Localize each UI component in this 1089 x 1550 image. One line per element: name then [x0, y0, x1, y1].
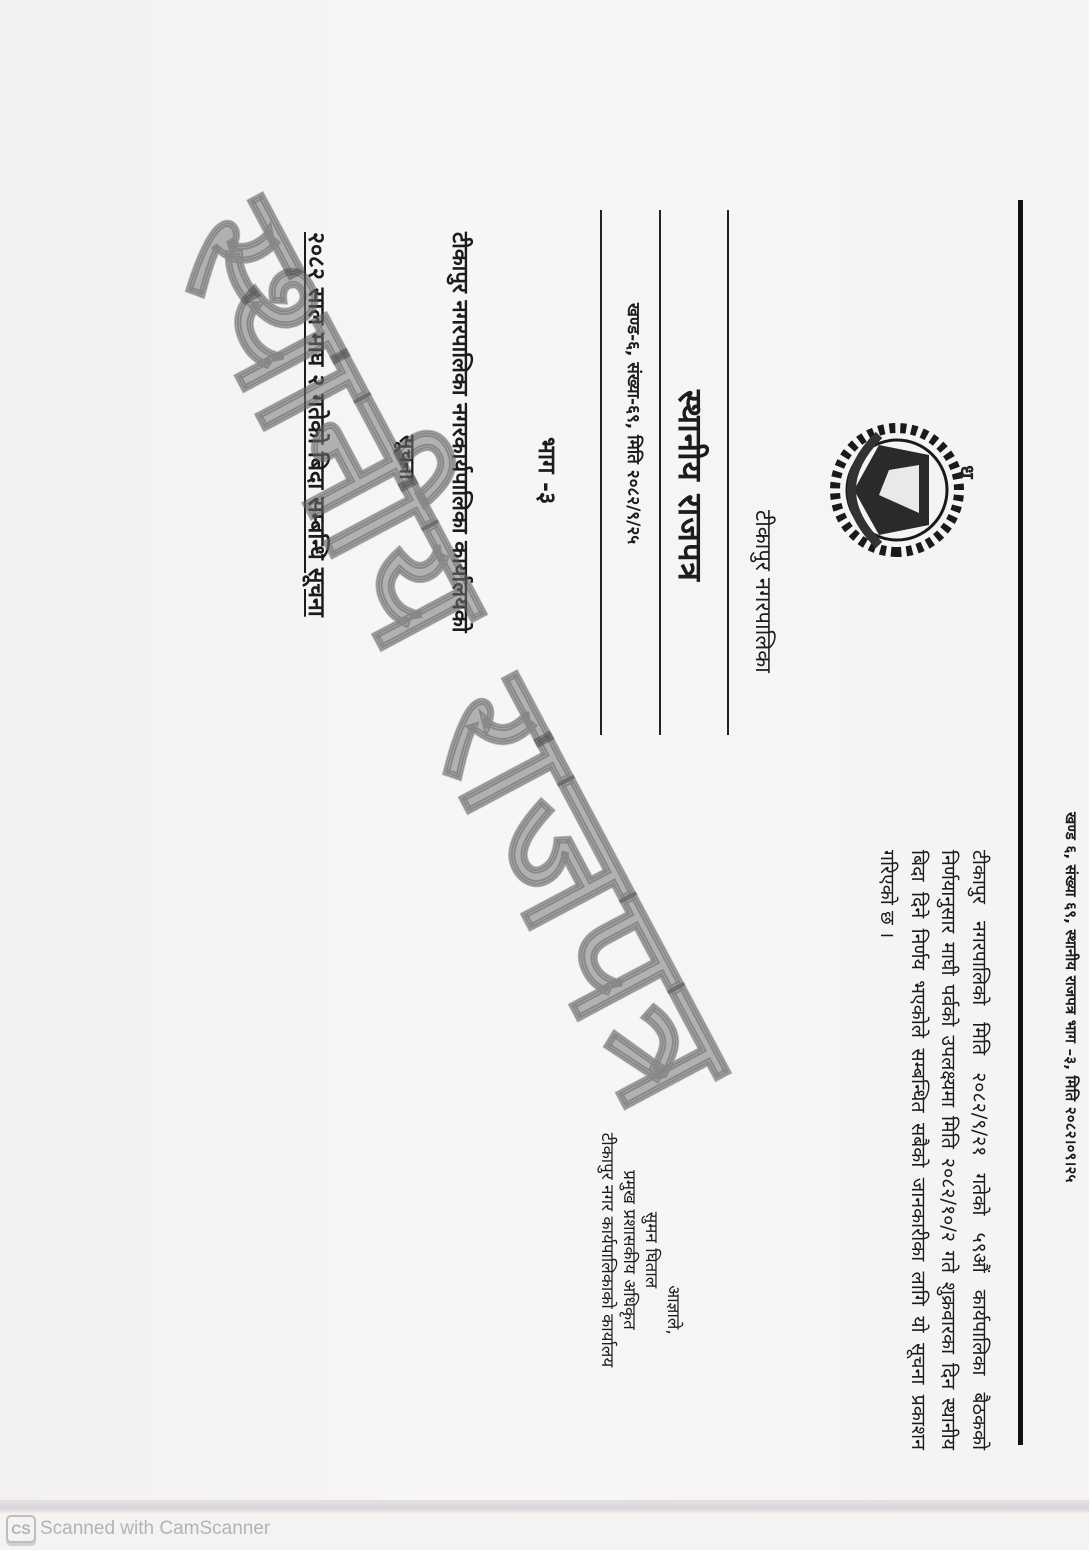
header-rule	[1018, 200, 1023, 1445]
masthead-rule-1	[727, 210, 729, 735]
by-order: आज्ञाले,	[662, 1050, 684, 1450]
camscanner-logo-icon: CS	[6, 1515, 36, 1543]
svg-text:ध: ध	[953, 465, 978, 480]
masthead-rule-2	[659, 210, 661, 735]
part-number: भाग -३	[531, 437, 564, 504]
running-header: खण्ड ६, संख्या ६९, स्थानीय राजपत्र भाग –…	[1061, 812, 1081, 1183]
issue-line: खण्ड-६, संख्या-६९, मिति २०८२/९/२५	[623, 303, 646, 544]
scan-edge	[0, 1500, 1089, 1514]
footer-text: Scanned with CamScanner	[40, 1518, 270, 1540]
municipality-name: टीकापुर नगरपालिका	[749, 510, 779, 673]
rotated-document: खण्ड ६, संख्या ६९, स्थानीय राजपत्र भाग –…	[0, 0, 1089, 1500]
masthead-rule-3	[600, 210, 602, 735]
notice-body-text: टीकापुर नगरपालिको मिति २०८२/९/२१ गतेको ५…	[872, 850, 994, 1450]
scanned-page: खण्ड ६, संख्या ६९, स्थानीय राजपत्र भाग –…	[0, 0, 1089, 1508]
notice-body: टीकापुर नगरपालिको मिति २०८२/९/२१ गतेको ५…	[872, 850, 994, 1450]
camscanner-footer: CS Scanned with CamScanner	[6, 1515, 270, 1543]
municipality-emblem-icon: ध	[814, 395, 989, 595]
gazette-title: स्थानीय राजपत्र	[669, 390, 714, 582]
